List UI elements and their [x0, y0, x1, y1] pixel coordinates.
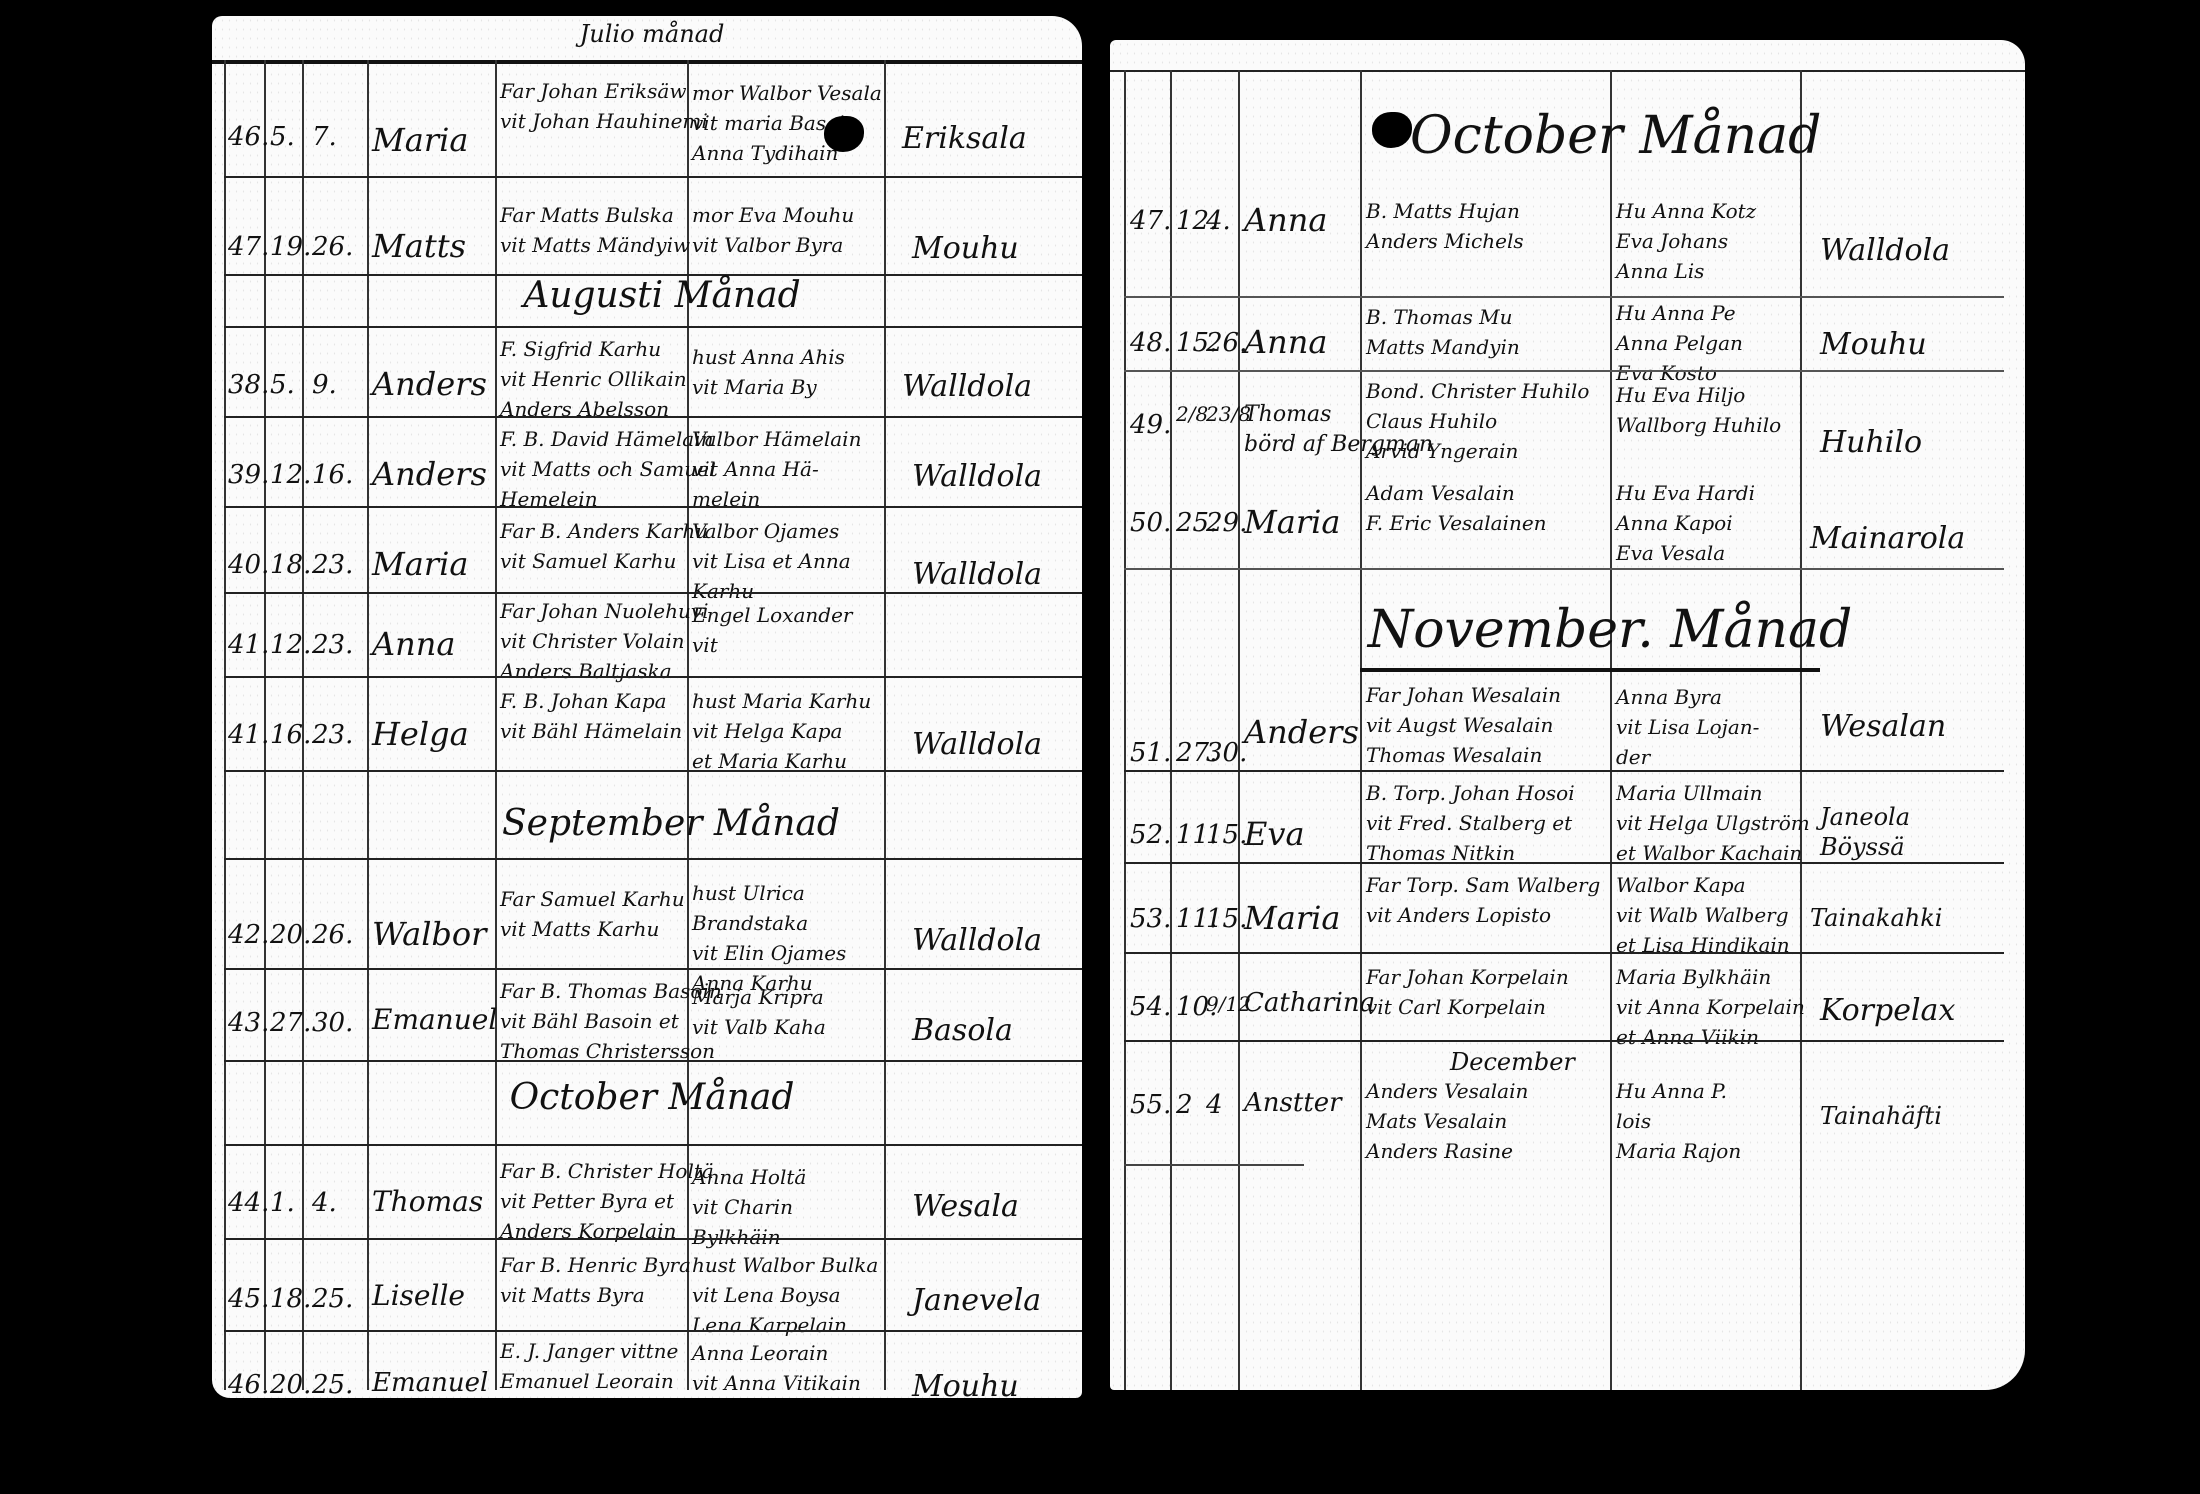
register-cell: hust Anna Ahis vit Maria By	[692, 342, 845, 402]
register-cell: Liselle	[372, 1282, 465, 1310]
register-cell: 41.	[228, 632, 269, 658]
register-cell: 12.	[270, 632, 311, 658]
register-cell: 18.	[270, 1286, 311, 1312]
register-cell: 29.	[1206, 510, 1247, 536]
register-cell: 23.	[312, 552, 353, 578]
register-cell: 46.	[228, 1372, 269, 1398]
register-cell: Walbor Kapa vit Walb Walberg et Lisa Hin…	[1616, 870, 1790, 960]
column-rule	[1800, 70, 1802, 1390]
register-cell: Thomas	[372, 1188, 483, 1216]
register-cell: 16.	[270, 722, 311, 748]
register-cell: Walldola	[1820, 236, 1950, 266]
register-cell: 15.	[1206, 822, 1247, 848]
register-cell: Hu Anna Pe Anna Pelgan Eva Kosto	[1616, 298, 1743, 388]
register-cell: Tainakahki	[1810, 906, 1942, 930]
birth-day: 5.	[270, 124, 295, 150]
register-cell: Anna	[1244, 326, 1327, 358]
row-rule	[212, 60, 1082, 64]
register-cell: Maria	[372, 548, 468, 580]
register-cell: Maria Bylkhäin vit Anna Korpelain et Ann…	[1616, 962, 1805, 1052]
register-cell: Eva	[1244, 818, 1305, 850]
register-cell: hust Walbor Bulka vit Lena Boysa Lena Ka…	[692, 1250, 878, 1340]
register-cell: Far B. Thomas Basoin vit Bähl Basoin et …	[500, 976, 722, 1066]
register-cell: 1.	[270, 1190, 295, 1216]
register-cell: B. Thomas Mu Matts Mandyin	[1366, 302, 1520, 362]
register-cell: 5.	[270, 372, 295, 398]
row-rule	[224, 770, 1082, 772]
column-rule	[224, 60, 226, 1390]
register-cell: 18.	[270, 552, 311, 578]
register-cell: 16.	[312, 462, 353, 488]
row-rule	[1124, 1040, 2004, 1042]
column-rule	[367, 60, 369, 1390]
register-cell: F. B. David Hämelain vit Matts och Samue…	[500, 424, 715, 514]
register-cell: Anders	[1244, 716, 1359, 748]
row-rule	[1360, 668, 1820, 672]
register-cell: Maria	[1244, 506, 1340, 538]
row-rule	[1124, 370, 2004, 372]
month-heading: Augusti Månad	[512, 278, 812, 314]
register-cell: mor Eva Mouhu vit Valbor Byra	[692, 200, 854, 260]
register-cell: Janevela	[912, 1286, 1041, 1316]
baptism-day: 7.	[312, 124, 337, 150]
row-rule	[1124, 862, 2004, 864]
register-cell: Adam Vesalain F. Eric Vesalainen	[1366, 478, 1547, 538]
register-cell: Anna	[372, 628, 455, 660]
village-name: Eriksala	[902, 124, 1027, 154]
register-cell: Mouhu	[1820, 330, 1927, 360]
row-rule	[1124, 1164, 1304, 1166]
row-rule	[1124, 770, 2004, 772]
register-cell: Tainahäfti	[1820, 1104, 1942, 1128]
register-cell: 2/8	[1176, 404, 1208, 424]
register-cell: Walbor	[372, 918, 486, 950]
register-cell: Far B. Christer Holtä vit Petter Byra et…	[500, 1156, 714, 1246]
entry-number: 46.	[228, 124, 269, 150]
register-cell: 54.	[1130, 994, 1171, 1020]
register-cell: 53.	[1130, 906, 1171, 932]
register-cell: 23.	[312, 722, 353, 748]
register-cell: Mouhu	[912, 234, 1019, 264]
register-cell: Janeola Böyssä	[1820, 802, 1910, 862]
column-rule	[1124, 70, 1126, 1390]
register-cell: E. J. Janger vittne Emanuel Leorain Ande…	[500, 1336, 678, 1398]
register-cell: Far Johan Korpelain vit Carl Korpelain	[1366, 962, 1569, 1022]
register-cell: 26.	[1206, 330, 1247, 356]
register-cell: Wesalan	[1820, 712, 1946, 742]
register-cell: Far Johan Nuolehuvi vit Christer Volain …	[500, 596, 709, 686]
register-cell: Helga	[372, 718, 469, 750]
register-cell: 25.	[312, 1372, 353, 1398]
row-rule	[1124, 568, 2004, 570]
row-rule	[1124, 952, 2004, 954]
register-cell: Engel Loxander vit	[692, 600, 852, 660]
register-cell: Far Johan Wesalain vit Augst Wesalain Th…	[1366, 680, 1561, 770]
row-rule	[1124, 296, 2004, 298]
row-rule	[224, 1060, 1082, 1062]
register-cell: Matts	[372, 230, 466, 262]
register-cell: 43.	[228, 1010, 269, 1036]
register-cell: Anna	[1244, 204, 1327, 236]
row-rule	[224, 326, 1082, 328]
month-heading: October Månad	[502, 1080, 802, 1116]
left-register-page: Julio månad 46. 5. 7. Maria Far Johan Er…	[212, 16, 1082, 1398]
register-cell: Korpelax	[1820, 996, 1955, 1026]
register-cell: 49.	[1130, 412, 1171, 438]
register-cell: Huhilo	[1820, 428, 1922, 458]
register-cell: 47.	[228, 234, 269, 260]
month-heading: November. Månad	[1360, 604, 1860, 656]
register-cell: 52.	[1130, 822, 1171, 848]
register-cell: Hu Eva Hardi Anna Kapoi Eva Vesala	[1616, 478, 1755, 568]
register-cell: 4.	[312, 1190, 337, 1216]
register-cell: 38.	[228, 372, 269, 398]
register-cell: Mouhu	[912, 1372, 1019, 1398]
register-cell: Bond. Christer Huhilo Claus Huhilo Arvid…	[1366, 376, 1589, 466]
column-rule	[1610, 70, 1612, 1390]
row-rule	[224, 676, 1082, 678]
register-cell: Maria	[1244, 902, 1340, 934]
register-cell: Far B. Anders Karhu vit Samuel Karhu	[500, 516, 708, 576]
row-rule	[1110, 70, 2025, 72]
register-cell: Hu Anna P. lois Maria Rajon	[1616, 1076, 1741, 1166]
row-rule	[224, 416, 1082, 418]
register-cell: 47.	[1130, 208, 1171, 234]
register-cell: 51.	[1130, 740, 1171, 766]
register-cell: 27.	[270, 1010, 311, 1036]
register-cell: Mainarola	[1810, 524, 1965, 554]
child-name: Maria	[372, 124, 468, 156]
register-cell: Anna Leorain vit Anna Vitikain	[692, 1338, 861, 1398]
register-cell: 50.	[1130, 510, 1171, 536]
register-cell: Anders	[372, 458, 487, 490]
ink-blot	[1372, 112, 1412, 148]
register-cell: 44.	[228, 1190, 269, 1216]
row-rule	[224, 1238, 1082, 1240]
row-rule	[224, 506, 1082, 508]
register-cell: hust Maria Karhu vit Helga Kapa et Maria…	[692, 686, 871, 776]
register-cell: B. Torp. Johan Hosoi vit Fred. Stalberg …	[1366, 778, 1575, 868]
register-cell: 39.	[228, 462, 269, 488]
register-cell: 55.	[1130, 1092, 1171, 1118]
right-register-page: October Månad 47. 12. 4. Anna B. Matts H…	[1110, 40, 2025, 1390]
register-cell: 4.	[1206, 208, 1231, 234]
register-cell: 2	[1176, 1092, 1193, 1118]
register-cell: 26.	[312, 234, 353, 260]
register-cell: 15.	[1206, 906, 1247, 932]
register-cell: Anders Vesalain Mats Vesalain Anders Ras…	[1366, 1076, 1528, 1166]
register-cell: Walldola	[912, 926, 1042, 956]
register-cell: 4	[1206, 1092, 1223, 1118]
register-cell: Walldola	[912, 462, 1042, 492]
register-cell: Far Torp. Sam Walberg vit Anders Lopisto	[1366, 870, 1600, 930]
register-cell: Hu Eva Hiljo Wallborg Huhilo	[1616, 380, 1781, 440]
row-rule	[224, 1330, 1082, 1332]
parents-cell: Far Johan Eriksäw vit Johan Hauhinemi	[500, 76, 708, 136]
register-cell: 20.	[270, 1372, 311, 1398]
register-cell: 45.	[228, 1286, 269, 1312]
row-rule	[224, 176, 1082, 178]
register-cell: Anna Byra vit Lisa Lojan- der	[1616, 682, 1759, 772]
column-rule	[495, 60, 497, 1390]
register-cell: 41.	[228, 722, 269, 748]
row-rule	[224, 968, 1082, 970]
register-cell: Far Samuel Karhu vit Matts Karhu	[500, 884, 685, 944]
column-rule	[1360, 70, 1362, 1390]
register-cell: Emanuel	[372, 1006, 497, 1034]
register-cell: Anstter	[1244, 1090, 1342, 1116]
row-rule	[224, 592, 1082, 594]
register-cell: Catharina	[1244, 990, 1375, 1016]
row-rule	[224, 858, 1082, 860]
book-gutter	[1090, 30, 1106, 1390]
register-cell: Anders	[372, 368, 487, 400]
register-cell: 25.	[312, 1286, 353, 1312]
register-cell: Marja Kripra vit Valb Kaha	[692, 982, 826, 1042]
page-header-month: Julio månad	[542, 22, 762, 46]
month-heading: December	[1450, 1050, 1575, 1074]
register-cell: F. B. Johan Kapa vit Bähl Hämelain	[500, 686, 682, 746]
register-cell: 30.	[312, 1010, 353, 1036]
register-cell: Far B. Henric Byra vit Matts Byra	[500, 1250, 691, 1310]
register-cell: 9.	[312, 372, 337, 398]
register-cell: Walldola	[902, 372, 1032, 402]
register-cell: 12.	[270, 462, 311, 488]
column-rule	[1238, 70, 1240, 1390]
register-cell: Basola	[912, 1016, 1013, 1046]
register-cell: F. Sigfrid Karhu vit Henric Ollikain And…	[500, 334, 687, 424]
register-cell: Valbor Hämelain vit Anna Hä- melein	[692, 424, 861, 514]
register-cell: 26.	[312, 922, 353, 948]
register-cell: 48.	[1130, 330, 1171, 356]
month-heading: October Månad	[1410, 110, 1730, 162]
register-cell: B. Matts Hujan Anders Michels	[1366, 196, 1524, 256]
register-cell: 23.	[312, 632, 353, 658]
register-cell: Emanuel	[372, 1370, 488, 1396]
register-cell: 20.	[270, 922, 311, 948]
row-rule	[224, 1144, 1082, 1146]
register-cell: Walldola	[912, 730, 1042, 760]
register-cell: 42.	[228, 922, 269, 948]
register-cell: 19.	[270, 234, 311, 260]
register-cell: 30.	[1206, 740, 1247, 766]
register-cell: Wesala	[912, 1192, 1019, 1222]
register-cell: 40.	[228, 552, 269, 578]
register-cell: Far Matts Bulska vit Matts Mändyiw	[500, 200, 690, 260]
register-cell: Walldola	[912, 560, 1042, 590]
column-rule	[884, 60, 886, 1390]
register-cell: Hu Anna Kotz Eva Johans Anna Lis	[1616, 196, 1756, 286]
month-heading: September Månad	[502, 806, 822, 842]
register-cell: Maria Ullmain vit Helga Ulgström et Walb…	[1616, 778, 1810, 868]
column-rule	[1170, 70, 1172, 1390]
